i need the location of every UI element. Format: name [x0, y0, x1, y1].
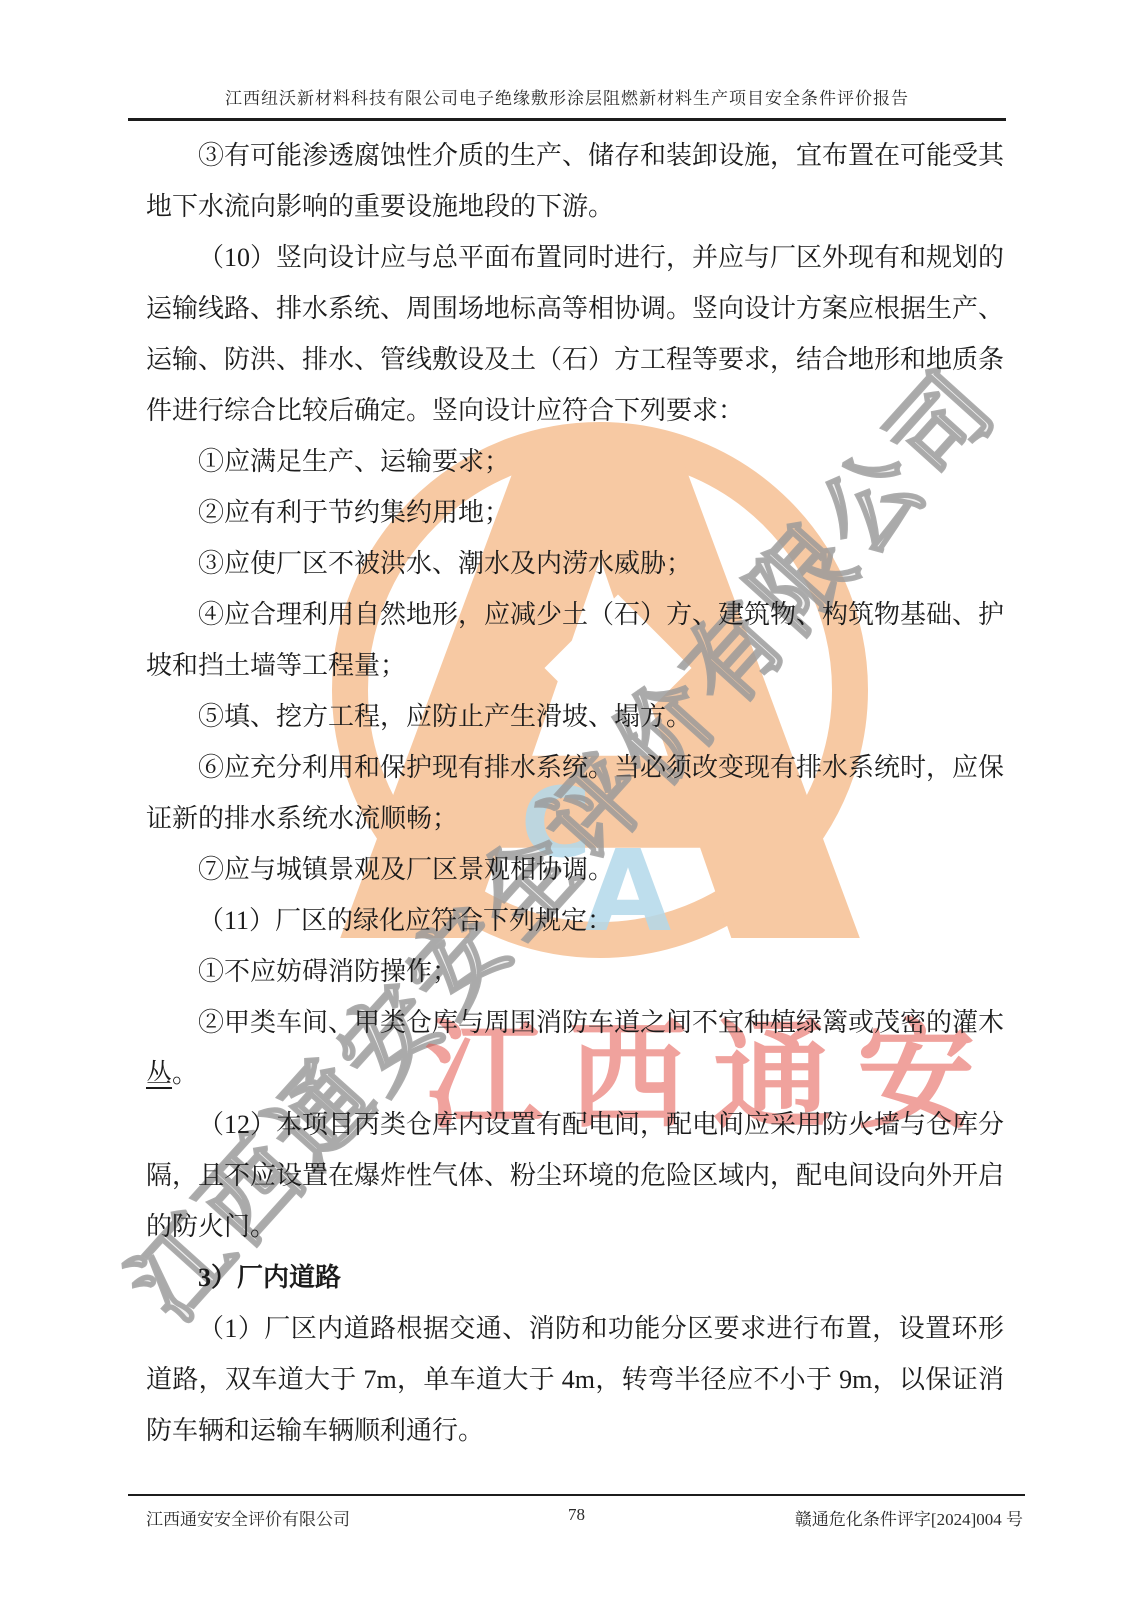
- list-item: ①应满足生产、运输要求；: [146, 436, 1004, 487]
- document-page: A C A 江西通安安全评价有限公司 江西通安 江西纽沃新材料科技有限公司电子绝…: [0, 0, 1131, 1600]
- paragraph: （1）厂区内道路根据交通、消防和功能分区要求进行布置，设置环形道路，双车道大于 …: [146, 1303, 1004, 1456]
- footer-company: 江西通安安全评价有限公司: [146, 1505, 350, 1530]
- underlined-char: 丛: [146, 1059, 172, 1088]
- paragraph: ③有可能渗透腐蚀性介质的生产、储存和装卸设施，宜布置在可能受其地下水流向影响的重…: [146, 130, 1004, 232]
- paragraph: （11）厂区的绿化应符合下列规定：: [146, 895, 1004, 946]
- report-title: 江西纽沃新材料科技有限公司电子绝缘敷形涂层阻燃新材料生产项目安全条件评价报告: [225, 89, 909, 108]
- page-number: 78: [568, 1505, 585, 1525]
- list-item: ②甲类车间、甲类仓库与周围消防车道之间不宜种植绿篱或茂密的灌木丛。: [146, 997, 1004, 1099]
- body-text: ③有可能渗透腐蚀性介质的生产、储存和装卸设施，宜布置在可能受其地下水流向影响的重…: [146, 130, 1004, 1456]
- list-item: ③应使厂区不被洪水、潮水及内涝水威胁；: [146, 538, 1004, 589]
- footer-row: 江西通安安全评价有限公司 78 赣通危化条件评字[2024]004 号: [128, 1505, 1025, 1529]
- page-header: 江西纽沃新材料科技有限公司电子绝缘敷形涂层阻燃新材料生产项目安全条件评价报告: [128, 84, 1006, 121]
- document-number: 赣通危化条件评字[2024]004 号: [795, 1505, 1023, 1530]
- paragraph: （12）本项目丙类仓库内设置有配电间，配电间应采用防火墙与仓库分隔，且不应设置在…: [146, 1099, 1004, 1252]
- list-item: ④应合理利用自然地形，应减少土（石）方、建筑物、构筑物基础、护坡和挡土墙等工程量…: [146, 589, 1004, 691]
- paragraph: （10）竖向设计应与总平面布置同时进行，并应与厂区外现有和规划的运输线路、排水系…: [146, 232, 1004, 436]
- list-item: ②应有利于节约集约用地；: [146, 487, 1004, 538]
- page-content: 江西纽沃新材料科技有限公司电子绝缘敷形涂层阻燃新材料生产项目安全条件评价报告 ③…: [0, 0, 1131, 1600]
- section-heading: 3）厂内道路: [146, 1252, 1004, 1303]
- page-footer: 江西通安安全评价有限公司 78 赣通危化条件评字[2024]004 号: [128, 1494, 1025, 1529]
- list-item: ⑦应与城镇景观及厂区景观相协调。: [146, 844, 1004, 895]
- paragraph-text: 。: [172, 1059, 198, 1088]
- list-item: ⑤填、挖方工程，应防止产生滑坡、塌方。: [146, 691, 1004, 742]
- paragraph-text: ②甲类车间、甲类仓库与周围消防车道之间不宜种植绿篱或茂密的灌木: [198, 1008, 1004, 1037]
- list-item: ⑥应充分利用和保护现有排水系统。当必须改变现有排水系统时，应保证新的排水系统水流…: [146, 742, 1004, 844]
- list-item: ①不应妨碍消防操作；: [146, 946, 1004, 997]
